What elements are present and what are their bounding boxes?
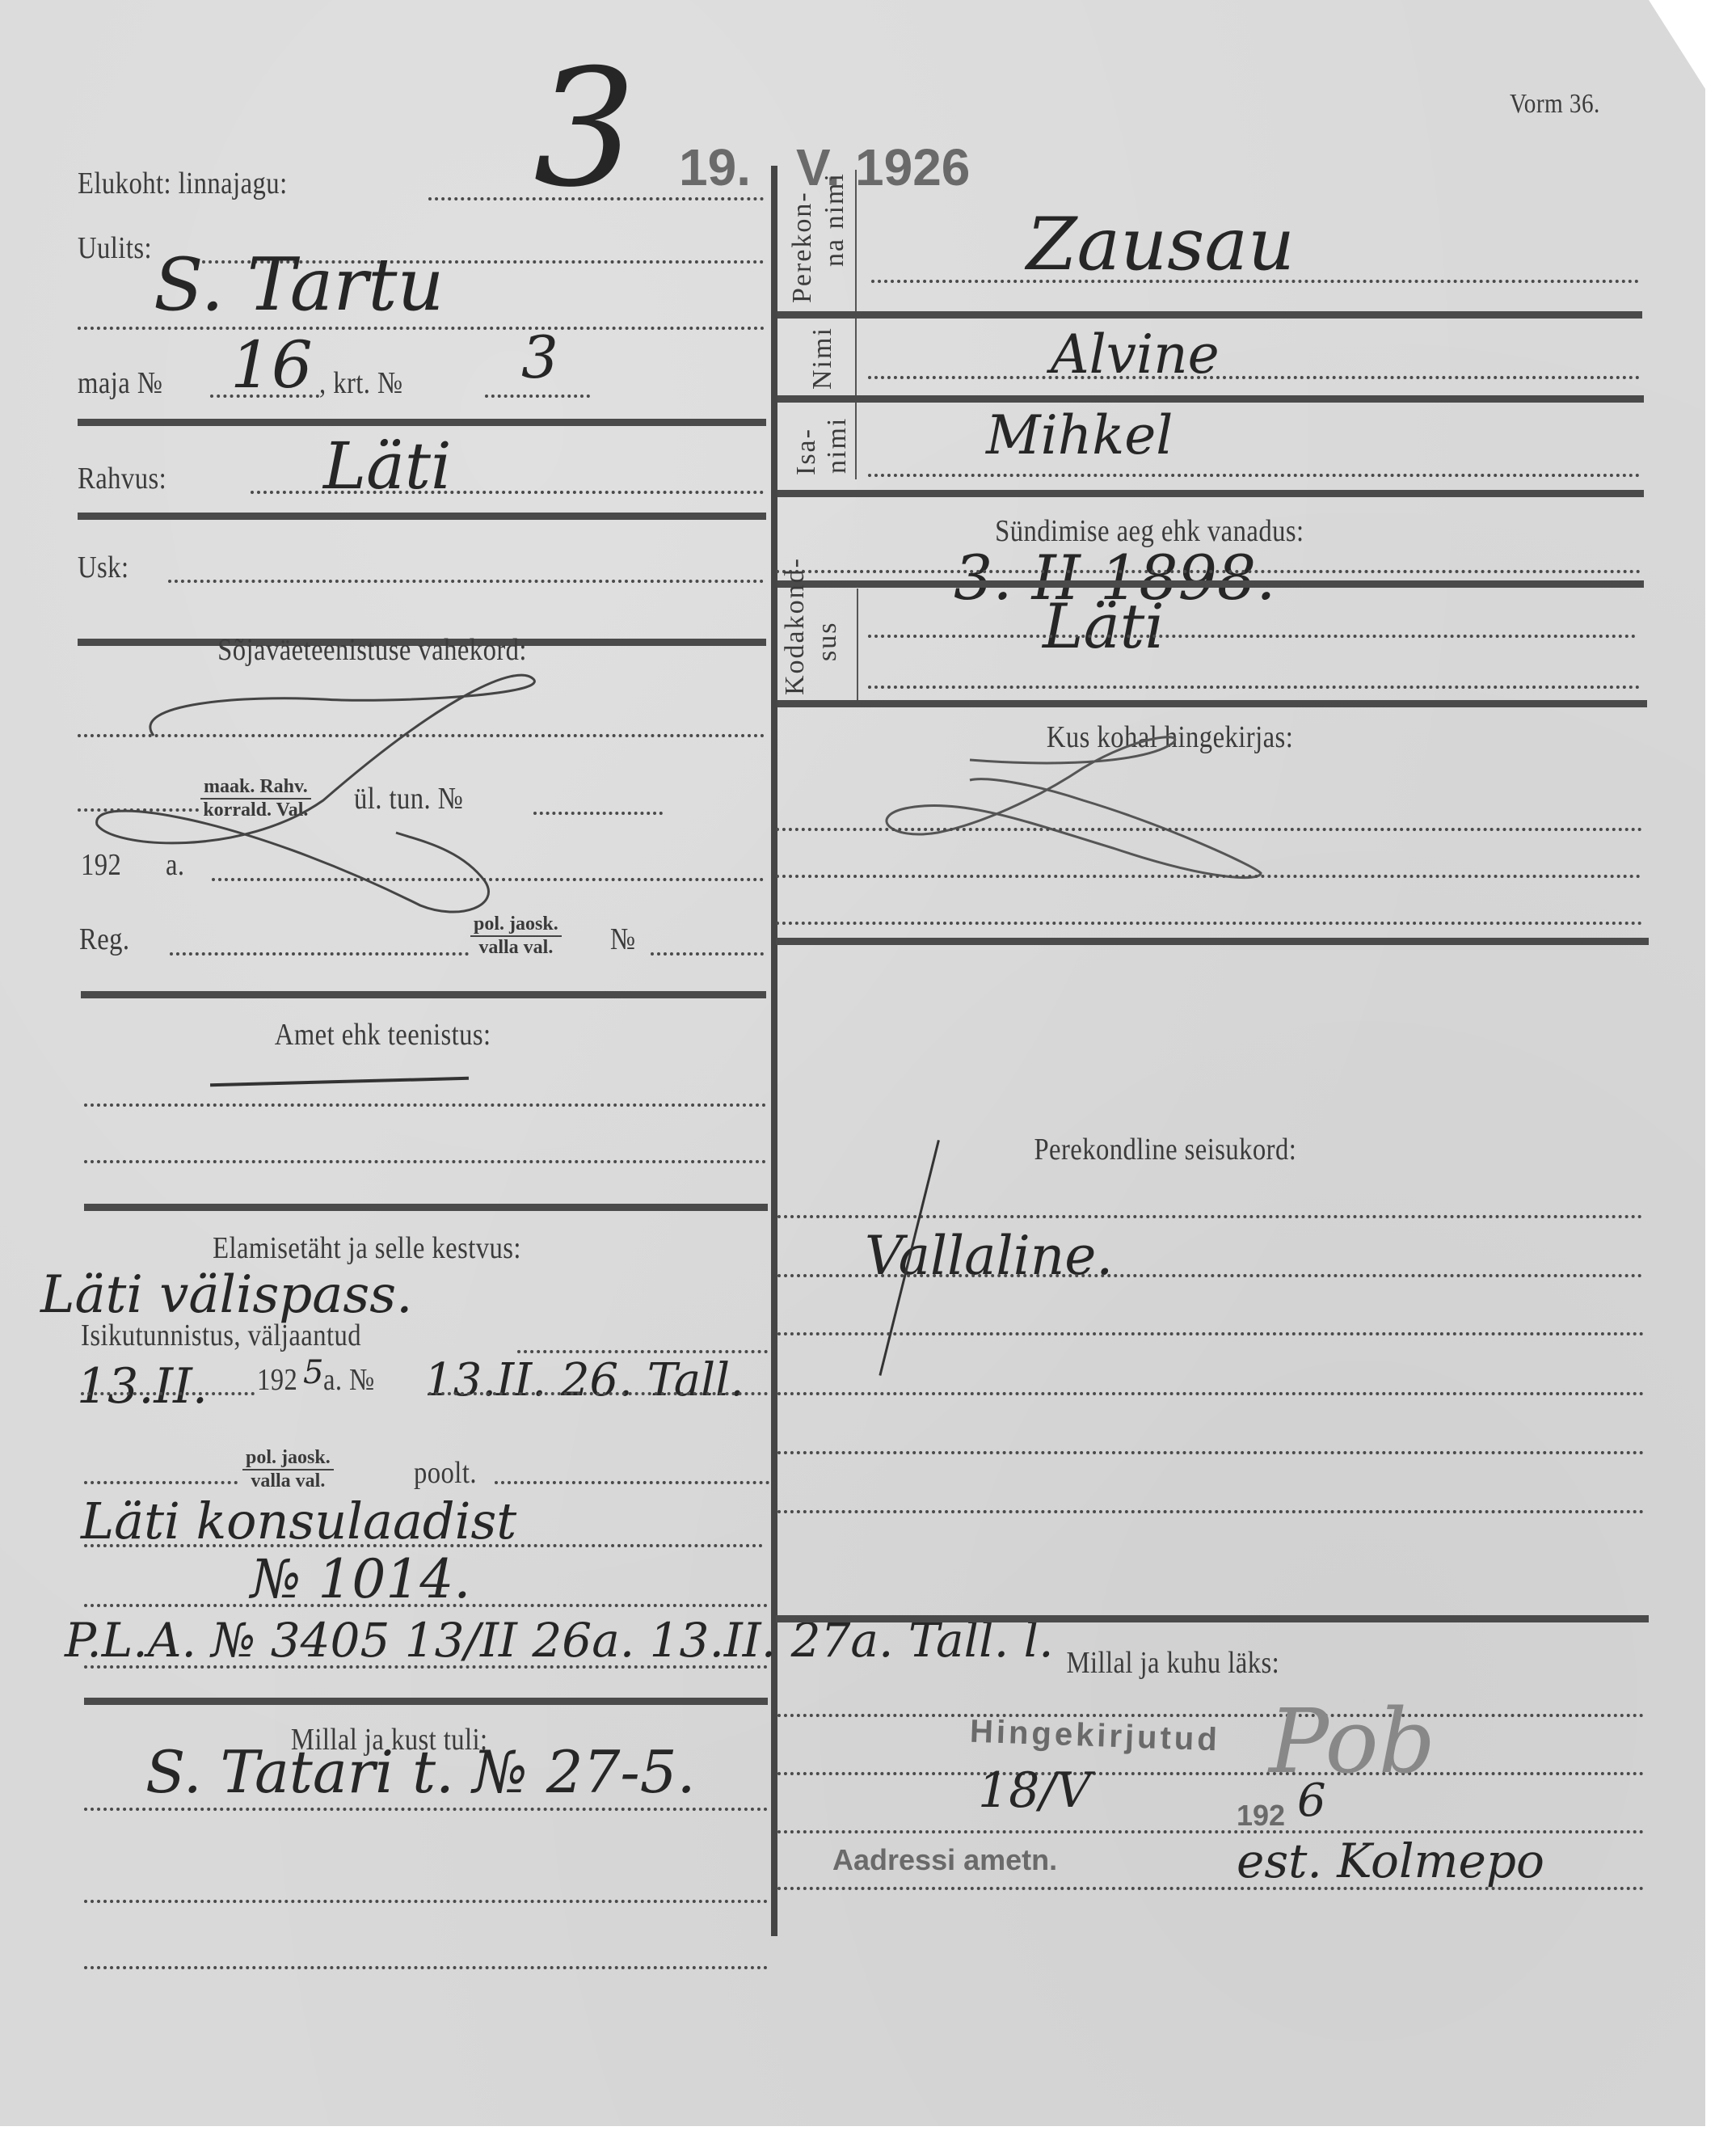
divider-rule — [78, 513, 766, 520]
id-year-suffix: a. № — [323, 1362, 375, 1398]
arrival-line-1 — [84, 1808, 768, 1811]
nationality-label: Rahvus: — [78, 461, 166, 496]
registry-line-1 — [776, 828, 1642, 831]
marital-line-5 — [777, 1451, 1644, 1454]
religion-line — [168, 580, 764, 583]
registry-line-2 — [776, 875, 1641, 878]
occupation-line-1 — [84, 1103, 766, 1107]
nationality-value: Läti — [323, 428, 452, 504]
marital-label: Perekondline seisukord: — [1034, 1132, 1296, 1167]
form-number: Vorm 36. — [1510, 89, 1600, 120]
marital-line-6 — [777, 1510, 1644, 1513]
occupation-line-2 — [84, 1160, 766, 1163]
issued-line-3 — [84, 1604, 768, 1607]
page-number-handwritten: 3 — [533, 49, 636, 210]
occupation-dash — [210, 1077, 469, 1086]
marital-line-2 — [777, 1274, 1642, 1277]
occupation-label: Amet ehk teenistus: — [275, 1017, 491, 1053]
label-column-divider — [855, 170, 857, 420]
apt-line — [485, 395, 590, 398]
marital-line-3 — [777, 1332, 1644, 1335]
id-line-2b — [428, 1392, 768, 1395]
reg-label: Reg. — [79, 922, 130, 957]
id-year-value: 5 — [303, 1354, 323, 1391]
residence-label: Elukoht: linnajagu: — [78, 166, 288, 201]
surname-label-2: na nimi — [820, 172, 849, 267]
house-value: 16 — [230, 327, 313, 403]
registration-stamp-line3: Aadressi ametn. — [832, 1843, 1057, 1877]
center-divider — [771, 166, 777, 1936]
registration-stamp-year: 192 — [1237, 1799, 1285, 1833]
label-column-divider — [855, 403, 857, 479]
issued-line-2 — [84, 1544, 763, 1547]
label-column-divider — [857, 589, 858, 702]
father-value: Mihkel — [986, 404, 1173, 466]
divider-rule — [777, 700, 1647, 707]
father-label: Isa- — [792, 428, 821, 475]
id-line-2a — [81, 1392, 255, 1395]
street-label: Uulits: — [78, 230, 152, 266]
reg-line-1 — [170, 952, 469, 956]
citizenship-line-2 — [868, 686, 1640, 689]
surname-line — [871, 280, 1639, 283]
apt-label: , krt. № — [319, 365, 403, 401]
registration-stamp-date: 18/V — [978, 1762, 1091, 1819]
divider-rule — [84, 1698, 768, 1705]
citizenship-value: Läti — [1043, 590, 1165, 662]
official-signature: est. Kolmepo — [1237, 1833, 1544, 1888]
issued-line-4 — [84, 1665, 768, 1669]
residence-line — [428, 197, 764, 200]
father-label-2: nimi — [823, 417, 852, 474]
blank-scribble-icon — [81, 663, 582, 922]
divider-rule — [777, 311, 1642, 319]
citizenship-line-1 — [868, 635, 1636, 638]
blank-scribble-icon — [873, 736, 1325, 897]
issued-frac-num: pol. jaosk. — [242, 1447, 334, 1470]
registration-stamp-line1: Hingekirjutud — [969, 1714, 1220, 1759]
citizenship-label: Kodakond- — [781, 557, 810, 695]
arrival-line-2 — [84, 1900, 768, 1903]
residence-permit-value: Läti välispass. — [40, 1265, 412, 1325]
id-year-prefix: 192 — [257, 1362, 297, 1398]
registry-line-3 — [776, 922, 1642, 925]
date-stamp-year: 1926 — [855, 137, 970, 197]
firstname-line — [868, 376, 1640, 379]
marital-line-4 — [777, 1392, 1644, 1395]
departure-line-1 — [777, 1714, 1644, 1717]
firstname-label: Nimi — [808, 327, 837, 390]
firstname-label-text: Nimi — [808, 327, 837, 390]
father-line — [868, 474, 1640, 477]
surname-label: Perekon- — [788, 191, 817, 303]
surname-label-line2: na nimi — [820, 172, 849, 267]
issued-by-number: № 1014. — [251, 1548, 470, 1610]
reg-frac-den: valla val. — [470, 937, 562, 959]
house-label: maja № — [78, 365, 162, 401]
departure-label: Millal ja kuhu läks: — [1066, 1645, 1279, 1681]
reg-no-label: № — [610, 922, 636, 957]
issued-line-a — [84, 1481, 238, 1484]
surname-value: Zausau — [1026, 202, 1295, 287]
citizenship-label-line1: Kodakond- — [781, 557, 810, 695]
marital-line-1 — [777, 1215, 1642, 1218]
id-date-value: 13.II. — [77, 1358, 208, 1415]
arrival-value: S. Tatari t. № 27-5. — [145, 1738, 695, 1806]
father-label-line1: Isa- — [792, 428, 821, 475]
date-stamp-day: 19. — [679, 137, 751, 197]
issued-line-b — [495, 1481, 769, 1484]
father-label-line2: nimi — [823, 417, 852, 474]
issued-frac-den: valla val. — [242, 1470, 334, 1492]
id-number-value: 13.II. 26. Tall. — [424, 1354, 744, 1407]
departure-line-2 — [777, 1772, 1644, 1775]
id-line-1 — [517, 1350, 768, 1353]
divider-rule — [81, 991, 766, 998]
divider-rule — [776, 938, 1649, 945]
marital-value: Vallaline. — [865, 1225, 1113, 1287]
issued-by-label: poolt. — [414, 1455, 477, 1491]
reg-line-2 — [651, 952, 764, 956]
apt-value: 3 — [521, 323, 558, 391]
divider-rule — [78, 419, 766, 426]
street-value: S. Tartu — [154, 243, 445, 327]
issued-by-value: Läti konsulaadist — [81, 1492, 516, 1551]
citizenship-label-2: sus — [813, 622, 842, 661]
residence-permit-label: Elamisetäht ja selle kestvus: — [213, 1230, 521, 1266]
issued-fraction: pol. jaosk. valla val. — [242, 1447, 334, 1492]
surname-label-line1: Perekon- — [788, 191, 817, 303]
citizenship-label-line2: sus — [813, 622, 842, 661]
divider-rule — [776, 1615, 1649, 1622]
divider-rule — [777, 490, 1644, 497]
divider-rule — [777, 395, 1644, 403]
birth-line — [776, 570, 1641, 573]
form-sheet: Vorm 36. 3 19. V. 1926 Elukoht: linnajag… — [0, 0, 1705, 2126]
id-label: Isikutunnistus, väljaantud — [81, 1318, 361, 1353]
religion-label: Usk: — [78, 550, 129, 585]
divider-rule — [84, 1204, 768, 1211]
street-line-2 — [78, 327, 765, 330]
arrival-line-3 — [84, 1966, 768, 1969]
pencil-initials: Pob — [1269, 1690, 1435, 1793]
divider-rule — [777, 580, 1644, 588]
